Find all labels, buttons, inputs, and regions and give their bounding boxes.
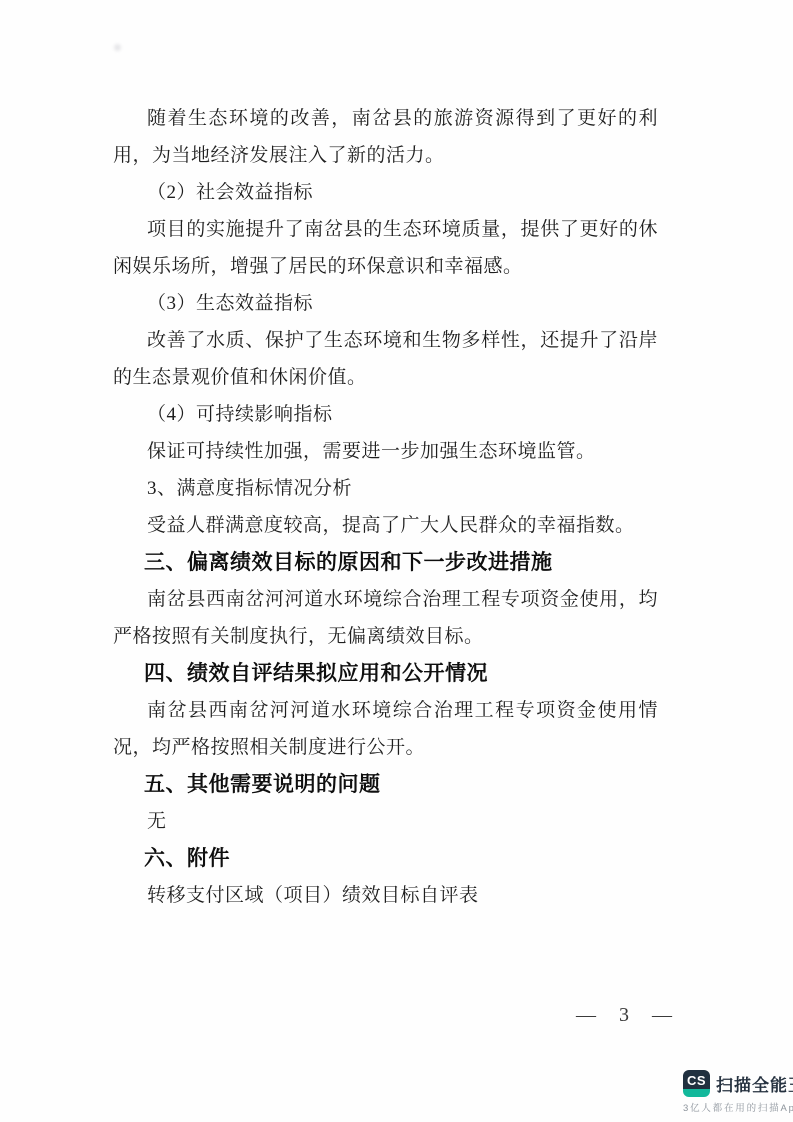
camscanner-watermark: CS 扫描全能王™ 3亿人都在用的扫描App <box>683 1070 791 1114</box>
brand-name: 扫描全能王™ <box>716 1071 793 1096</box>
brand-name-text: 扫描全能王 <box>716 1076 793 1095</box>
body-paragraph: 改善了水质、保护了生态环境和生物多样性，还提升了沿岸的生态景观价值和休闲价值。 <box>113 322 658 396</box>
sub-heading-ecological: （3）生态效益指标 <box>113 285 658 322</box>
section-heading-5: 五、其他需要说明的问题 <box>113 766 658 803</box>
cs-logo-letters: CS <box>687 1073 706 1088</box>
body-paragraph: 南岔县西南岔河河道水环境综合治理工程专项资金使用情况，均严格按照相关制度进行公开… <box>113 692 658 766</box>
section-heading-3: 三、偏离绩效目标的原因和下一步改进措施 <box>113 544 658 581</box>
sub-heading-social: （2）社会效益指标 <box>113 174 658 211</box>
body-paragraph: 保证可持续性加强，需要进一步加强生态环境监管。 <box>113 433 658 470</box>
sub-heading-satisfaction: 3、满意度指标情况分析 <box>113 470 658 507</box>
body-paragraph: 项目的实施提升了南岔县的生态环境质量，提供了更好的休闲娱乐场所，增强了居民的环保… <box>113 211 658 285</box>
body-paragraph: 受益人群满意度较高，提高了广大人民群众的幸福指数。 <box>113 507 658 544</box>
page-number: — 3 — <box>576 1004 679 1027</box>
brand-tagline: 3亿人都在用的扫描App <box>683 1100 791 1114</box>
document-body-text: 随着生态环境的改善，南岔县的旅游资源得到了更好的利用，为当地经济发展注入了新的活… <box>113 100 658 914</box>
scanned-document-page: 随着生态环境的改善，南岔县的旅游资源得到了更好的利用，为当地经济发展注入了新的活… <box>0 0 793 1122</box>
body-paragraph: 随着生态环境的改善，南岔县的旅游资源得到了更好的利用，为当地经济发展注入了新的活… <box>113 100 658 174</box>
body-paragraph: 南岔县西南岔河河道水环境综合治理工程专项资金使用，均严格按照有关制度执行，无偏离… <box>113 581 658 655</box>
body-paragraph-none: 无 <box>113 803 658 840</box>
section-heading-6: 六、附件 <box>113 840 658 877</box>
camscanner-logo-row: CS 扫描全能王™ <box>683 1070 791 1097</box>
scan-artifact-smudge <box>114 44 121 51</box>
cs-logo-icon: CS <box>683 1070 710 1097</box>
attachment-title: 转移支付区域（项目）绩效目标自评表 <box>113 877 658 914</box>
section-heading-4: 四、绩效自评结果拟应用和公开情况 <box>113 655 658 692</box>
sub-heading-sustainable: （4）可持续影响指标 <box>113 396 658 433</box>
